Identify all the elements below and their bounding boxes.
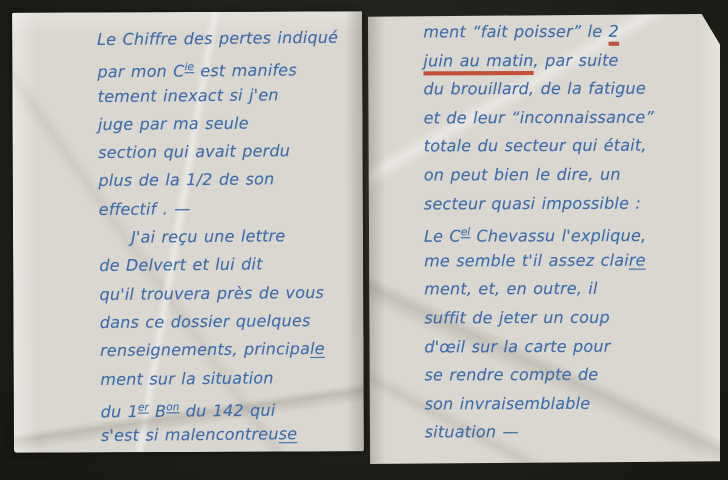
letter-line: d'œil sur la carte pour — [424, 332, 654, 361]
letter-line: J'ai reçu une lettre — [99, 222, 340, 253]
photo-background: Le Chiffre des pertes indiquépar mon Cie… — [0, 0, 728, 480]
red-underlined-text: juin au matin — [423, 51, 533, 70]
letter-text-segment: le — [310, 339, 325, 358]
letter-text-segment: du 1 — [101, 402, 139, 421]
letter-text-segment: se rendre compte de — [424, 365, 598, 385]
letter-text-segment: ment sur la situation — [100, 368, 273, 389]
letter-text-segment: B — [149, 402, 167, 421]
letter-text-segment: re — [629, 250, 646, 269]
letter-line: juge par ma seule — [98, 109, 339, 140]
letter-line: section qui avait perdu — [98, 137, 339, 168]
letter-text-segment: Chevassu l'explique, — [470, 226, 646, 246]
letter-text-segment: de Delvert et lui dit — [99, 255, 263, 276]
letter-text-segment: tement inexact si j'en — [98, 85, 279, 106]
letter-line: juin au matin, par suite — [423, 46, 653, 75]
letter-line: Le Chiffre des pertes indiqué — [97, 24, 338, 55]
letter-line: me semble t'il assez claire — [424, 246, 654, 275]
letter-text-segment: ie — [185, 61, 195, 73]
letter-text-segment: ment, et, en outre, il — [424, 279, 598, 299]
letter-text-right: ment “fait poisser” le 2juin au matin, p… — [423, 18, 655, 448]
letter-text-segment: du brouillard, de la fatigue — [423, 79, 645, 99]
letter-text-segment: qu'il trouvera près de vous — [99, 283, 324, 304]
letter-line: s'est si malencontreuse — [101, 420, 342, 451]
letter-text-segment: on peut bien le dire, un — [424, 165, 621, 185]
letter-text-segment: est manifes — [194, 61, 297, 81]
letter-text-segment: juge par ma seule — [98, 113, 249, 133]
letter-text-segment: suffit de jeter un coup — [424, 308, 610, 328]
letter-line: on peut bien le dire, un — [424, 161, 654, 190]
letter-text-segment: el — [461, 226, 470, 238]
letter-line: totale du secteur qui était, — [424, 132, 654, 161]
letter-text-left: Le Chiffre des pertes indiquépar mon Cie… — [97, 24, 342, 451]
letter-line: son invraisemblable — [425, 389, 655, 418]
letter-page-left: Le Chiffre des pertes indiquépar mon Cie… — [12, 11, 364, 453]
letter-line: se rendre compte de — [424, 361, 654, 390]
letter-line: du 1er Bon du 142 qui — [101, 392, 342, 423]
letter-text-segment: son invraisemblable — [425, 394, 591, 414]
letter-text-segment: renseignements, principa — [100, 339, 310, 360]
letter-line: ment sur la situation — [100, 363, 341, 394]
letter-line: du brouillard, de la fatigue — [423, 75, 653, 104]
letter-line: dans ce dossier quelques — [100, 307, 341, 338]
letter-line: Le Cel Chevassu l'explique, — [424, 218, 654, 247]
letter-line: renseignements, principale — [100, 335, 341, 366]
letter-text-segment: J'ai reçu une lettre — [131, 226, 286, 246]
red-underlined-text: 2 — [609, 22, 619, 41]
letter-text-segment: d'œil sur la carte pour — [424, 336, 610, 356]
letter-line: par mon Cie est manifes — [97, 52, 338, 83]
letter-text-segment: , par suite — [534, 50, 619, 69]
letter-text-segment: du 142 qui — [179, 401, 275, 421]
letter-text-segment: er — [138, 401, 149, 413]
letter-text-segment: et de leur “inconnaissance” — [424, 107, 654, 127]
letter-line: tement inexact si j'en — [98, 80, 339, 111]
letter-text-segment: ment “fait poisser” le — [423, 22, 608, 42]
letter-text-segment: totale du secteur qui était, — [424, 136, 647, 156]
letter-page-right: ment “fait poisser” le 2juin au matin, p… — [368, 14, 720, 464]
letter-line: situation — — [425, 418, 655, 447]
letter-text-segment: situation — — [425, 422, 519, 441]
letter-text-segment: section qui avait perdu — [98, 141, 290, 162]
letter-line: secteur quasi impossible : — [424, 189, 654, 218]
letter-line: ment, et, en outre, il — [424, 275, 654, 304]
letter-line: suffit de jeter un coup — [424, 304, 654, 333]
letter-line: ment “fait poisser” le 2 — [423, 18, 653, 47]
letter-line: effectif . — — [99, 193, 340, 224]
letter-text-segment: secteur quasi impossible : — [424, 193, 641, 213]
letter-text-segment: on — [166, 401, 179, 413]
letter-text-segment: plus de la 1/2 de son — [98, 170, 274, 191]
letter-text-segment: Le Chiffre des pertes indiqué — [97, 28, 338, 49]
letter-line: et de leur “inconnaissance” — [424, 103, 654, 132]
letter-text-segment: s'est si malencontreu — [101, 424, 279, 445]
letter-text-segment: me semble t'il assez clai — [424, 250, 629, 270]
letter-text-segment: dans ce dossier quelques — [100, 311, 311, 332]
letter-text-segment: effectif . — — [99, 199, 191, 219]
letter-text-segment: Le C — [424, 227, 461, 246]
letter-line: de Delvert et lui dit — [99, 250, 340, 281]
letter-line: plus de la 1/2 de son — [98, 165, 339, 196]
letter-text-segment: par mon C — [97, 62, 184, 82]
letter-line: qu'il trouvera près de vous — [99, 278, 340, 309]
letter-text-segment: se — [279, 424, 298, 443]
